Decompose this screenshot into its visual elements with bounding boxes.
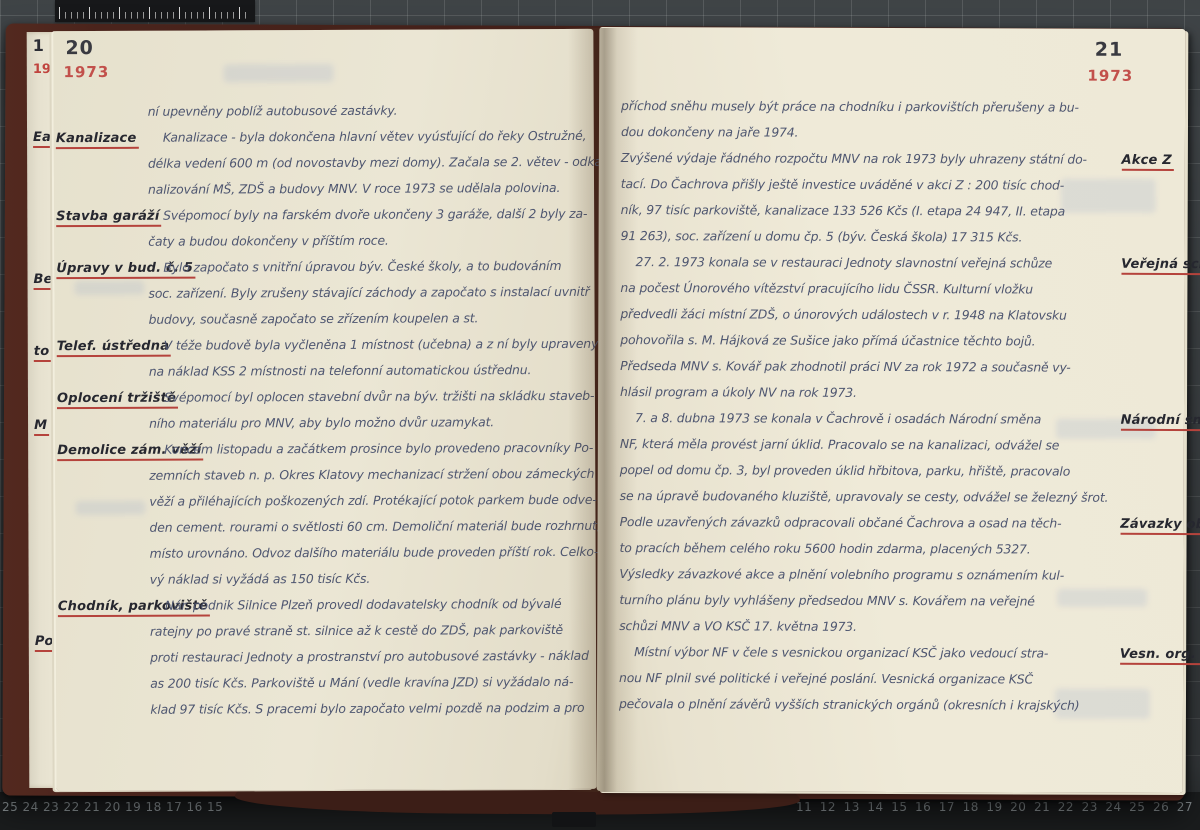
ruler-number: 18: [963, 800, 987, 814]
section-body-demolice-vezi: Koncem listopadu a začátkem prosince byl…: [149, 435, 608, 593]
ruler-number: 21: [84, 800, 105, 814]
ruler-number: 25: [2, 800, 23, 814]
page-edge-fragment: 1: [33, 36, 44, 55]
margin-column-spacer: [56, 99, 148, 125]
section-body-stavba-garazi: Svépomocí byly na farském dvoře ukončeny…: [148, 201, 606, 255]
margin-heading-label: Veřejná schůze NV: [1121, 257, 1200, 275]
ruler-number: 24: [23, 800, 44, 814]
ruler-number: 17: [166, 800, 187, 814]
ruler-number: 20: [1010, 800, 1034, 814]
margin-heading-verejna-schuze: Veřejná schůze NV: [1109, 251, 1200, 407]
ruler-scale-right: 11 12 13 14 15 16 17 18 19 20 21 22 23 2…: [796, 800, 1200, 814]
ruler-number: 19: [986, 800, 1010, 814]
ruler-number: 15: [891, 800, 915, 814]
margin-heading-telef-ustredna: Telef. ústředna: [57, 333, 149, 385]
section-body-upravy-bud5: Bylo započato s vnitřní úpravou býv. Čes…: [148, 253, 607, 333]
section-body-oploceni-trziste: Svépomocí byl oplocen stavební dvůr na b…: [149, 383, 607, 437]
margin-heading-label: Stavba garáží: [56, 209, 161, 227]
ruler-scale-left: 25 24 23 22 21 20 19 18 17 16 15: [2, 800, 228, 814]
section-body-vesn-org-ksc: Místní výbor NF v čele s vesnickou organ…: [619, 639, 1108, 719]
book-clasp: [552, 812, 596, 827]
section-body-akce-z: Zvýšené výdaje řádného rozpočtu MNV na r…: [621, 145, 1110, 251]
ruler-number: 12: [820, 800, 844, 814]
ruler-number: 27: [1177, 800, 1200, 814]
right-page-content: příchod sněhu musely být práce na chodní…: [619, 93, 1179, 719]
margin-heading-label: Závazky občanů: [1120, 517, 1200, 535]
ruler-number: 11: [796, 800, 820, 814]
continuation-line: příchod sněhu musely být práce na chodní…: [621, 93, 1110, 147]
section-body-zavazky-obcanu: Podle uzavřených závazků odpracovali obč…: [619, 509, 1108, 641]
section-body-chodnik-parkoviste: Nár. podnik Silnice Plzeň provedl dodava…: [150, 591, 609, 723]
section-body-verejna-schuze: 27. 2. 1973 konala se v restauraci Jedno…: [620, 249, 1109, 407]
ruler-number: 13: [844, 800, 868, 814]
page-edge-fragment: 19: [33, 62, 51, 77]
margin-heading-narodni-smena: Národní směna: [1108, 407, 1200, 511]
ruler-number: 23: [43, 800, 64, 814]
page-year-stamp: 1973: [63, 63, 109, 81]
ruler-number: 22: [1058, 800, 1082, 814]
margin-heading-vesn-org-ksc: Vesn. org. KSČ: [1108, 641, 1200, 719]
page-edge-fragment: to: [34, 344, 52, 362]
right-page: 21 1973 příchod sněhu musely být práce n…: [597, 27, 1186, 793]
section-body-telef-ustredna: V téže budově byla vyčleněna 1 místnost …: [149, 331, 607, 385]
page-edge-fragment: M: [34, 418, 49, 436]
margin-heading-label: Akce Z: [1121, 153, 1173, 171]
section-body-kanalizace: Kanalizace - byla dokončena hlavní větev…: [148, 123, 607, 203]
margin-heading-akce-z: Akce Z: [1109, 147, 1200, 251]
left-page: 20 1973 ní upevněny poblíž autobusové za…: [53, 29, 596, 791]
margin-heading-stavba-garazi: Stavba garáží: [56, 203, 148, 255]
ink-bleedthrough: [223, 64, 333, 82]
margin-heading-label: Národní směna: [1121, 413, 1200, 431]
ruler-number: 21: [1034, 800, 1058, 814]
margin-heading-upravy-bud5: Úpravy v bud. č. 5: [56, 255, 148, 333]
left-page-content: ní upevněny poblíž autobusové zastávky. …: [56, 97, 587, 723]
ruler-number: 24: [1105, 800, 1129, 814]
ruler-number: 15: [207, 800, 228, 814]
ruler-number: 16: [915, 800, 939, 814]
page-number: 20: [65, 37, 94, 59]
ruler-number: 26: [1153, 800, 1177, 814]
ruler-number: 22: [64, 800, 85, 814]
ruler-number: 14: [867, 800, 891, 814]
margin-heading-kanalizace: Kanalizace: [56, 125, 148, 203]
margin-heading-label: Kanalizace: [56, 131, 139, 149]
margin-heading-oploceni-trziste: Oplocení tržiště: [57, 385, 149, 437]
continuation-line: ní upevněny poblíž autobusové zastávky.: [148, 97, 606, 125]
page-number: 21: [1095, 39, 1124, 61]
ruler-number: 25: [1129, 800, 1153, 814]
margin-heading-chodnik-parkoviste: Chodník, parkoviště: [58, 593, 151, 723]
margin-heading-zavazky-obcanu: Závazky občanů: [1108, 511, 1200, 641]
ruler-number: 23: [1082, 800, 1106, 814]
ruler-number: 19: [125, 800, 146, 814]
ruler-number: 17: [939, 800, 963, 814]
ruler-top: [55, 0, 255, 22]
ruler-number: 20: [105, 800, 126, 814]
margin-heading-demolice-vezi: Demolice zám. věží: [57, 437, 150, 593]
section-body-narodni-smena: 7. a 8. dubna 1973 se konala v Čachrově …: [620, 405, 1109, 511]
margin-column-spacer: [1110, 95, 1200, 147]
margin-heading-label: Vesn. org. KSČ: [1120, 647, 1200, 665]
page-year-stamp: 1973: [1087, 67, 1133, 85]
ruler-number: 16: [187, 800, 208, 814]
page-edge-fragment: Po: [35, 634, 56, 652]
page-edge-fragment: Ea: [33, 130, 53, 148]
ruler-number: 18: [146, 800, 167, 814]
